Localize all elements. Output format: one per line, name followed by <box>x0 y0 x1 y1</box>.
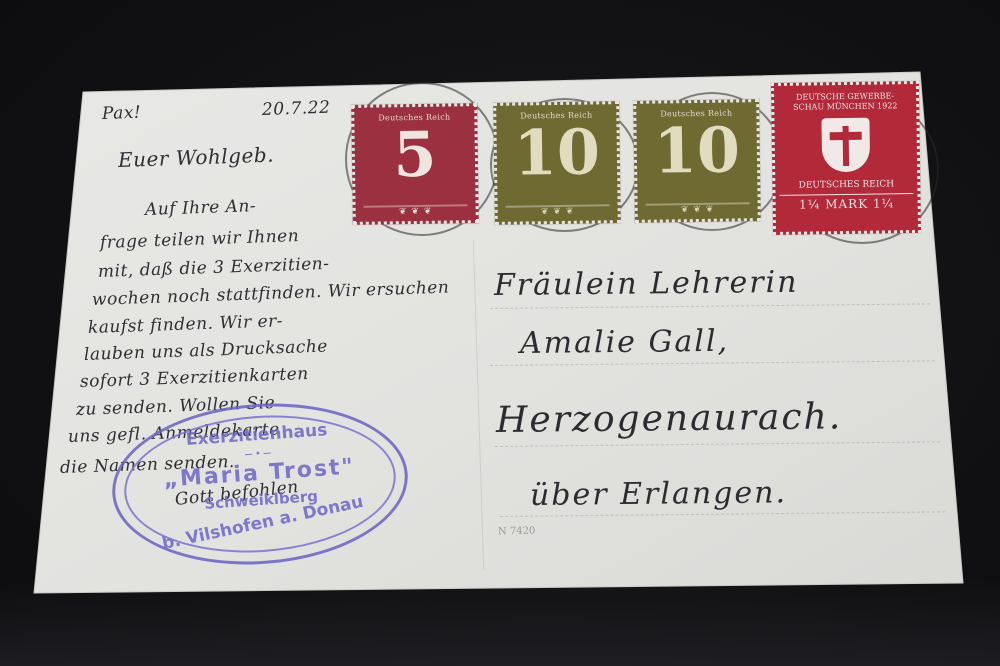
wreath-ornament: ❦ ❦ ❦ <box>506 204 610 217</box>
wreath-ornament: ❦ ❦ ❦ <box>646 202 750 215</box>
stamp-value: 5 <box>393 124 437 187</box>
stamp-value: 10 <box>513 121 600 184</box>
stamp-10-pfennig: Deutsches Reich 10 ❦ ❦ ❦ <box>493 101 621 225</box>
stamp-gewerbeschau-1922: DEUTSCHE GEWERBE- SCHAU MÜNCHEN 1922 DEU… <box>771 81 921 235</box>
message-line: Auf Ihre An- <box>145 196 257 220</box>
stamp-5-pfennig: Deutsches Reich 5 ❦ ❦ ❦ <box>351 103 479 225</box>
stamp-10-pfennig: Deutsches Reich 10 ❦ ❦ ❦ <box>633 99 761 223</box>
address-line-via: über Erlangen. <box>530 475 787 513</box>
address-line-recipient-name: Amalie Gall, <box>520 324 729 361</box>
stamp-value: 1¼ MARK 1¼ <box>780 193 914 212</box>
address-line-recipient-title: Fräulein Lehrerin <box>494 265 799 303</box>
stamp-value: 10 <box>653 119 740 182</box>
print-number: N 7420 <box>498 526 536 538</box>
coat-of-arms-shield-icon <box>821 118 870 173</box>
wreath-ornament: ❦ ❦ ❦ <box>364 204 468 217</box>
stamp-header-line2: SCHAU MÜNCHEN 1922 <box>793 101 898 112</box>
address-line-town: Herzogenaurach. <box>496 396 843 441</box>
message-date: 20.7.22 <box>262 98 331 120</box>
message-greeting: Pax! <box>102 103 142 124</box>
stamp-country: DEUTSCHES REICH <box>799 179 895 190</box>
